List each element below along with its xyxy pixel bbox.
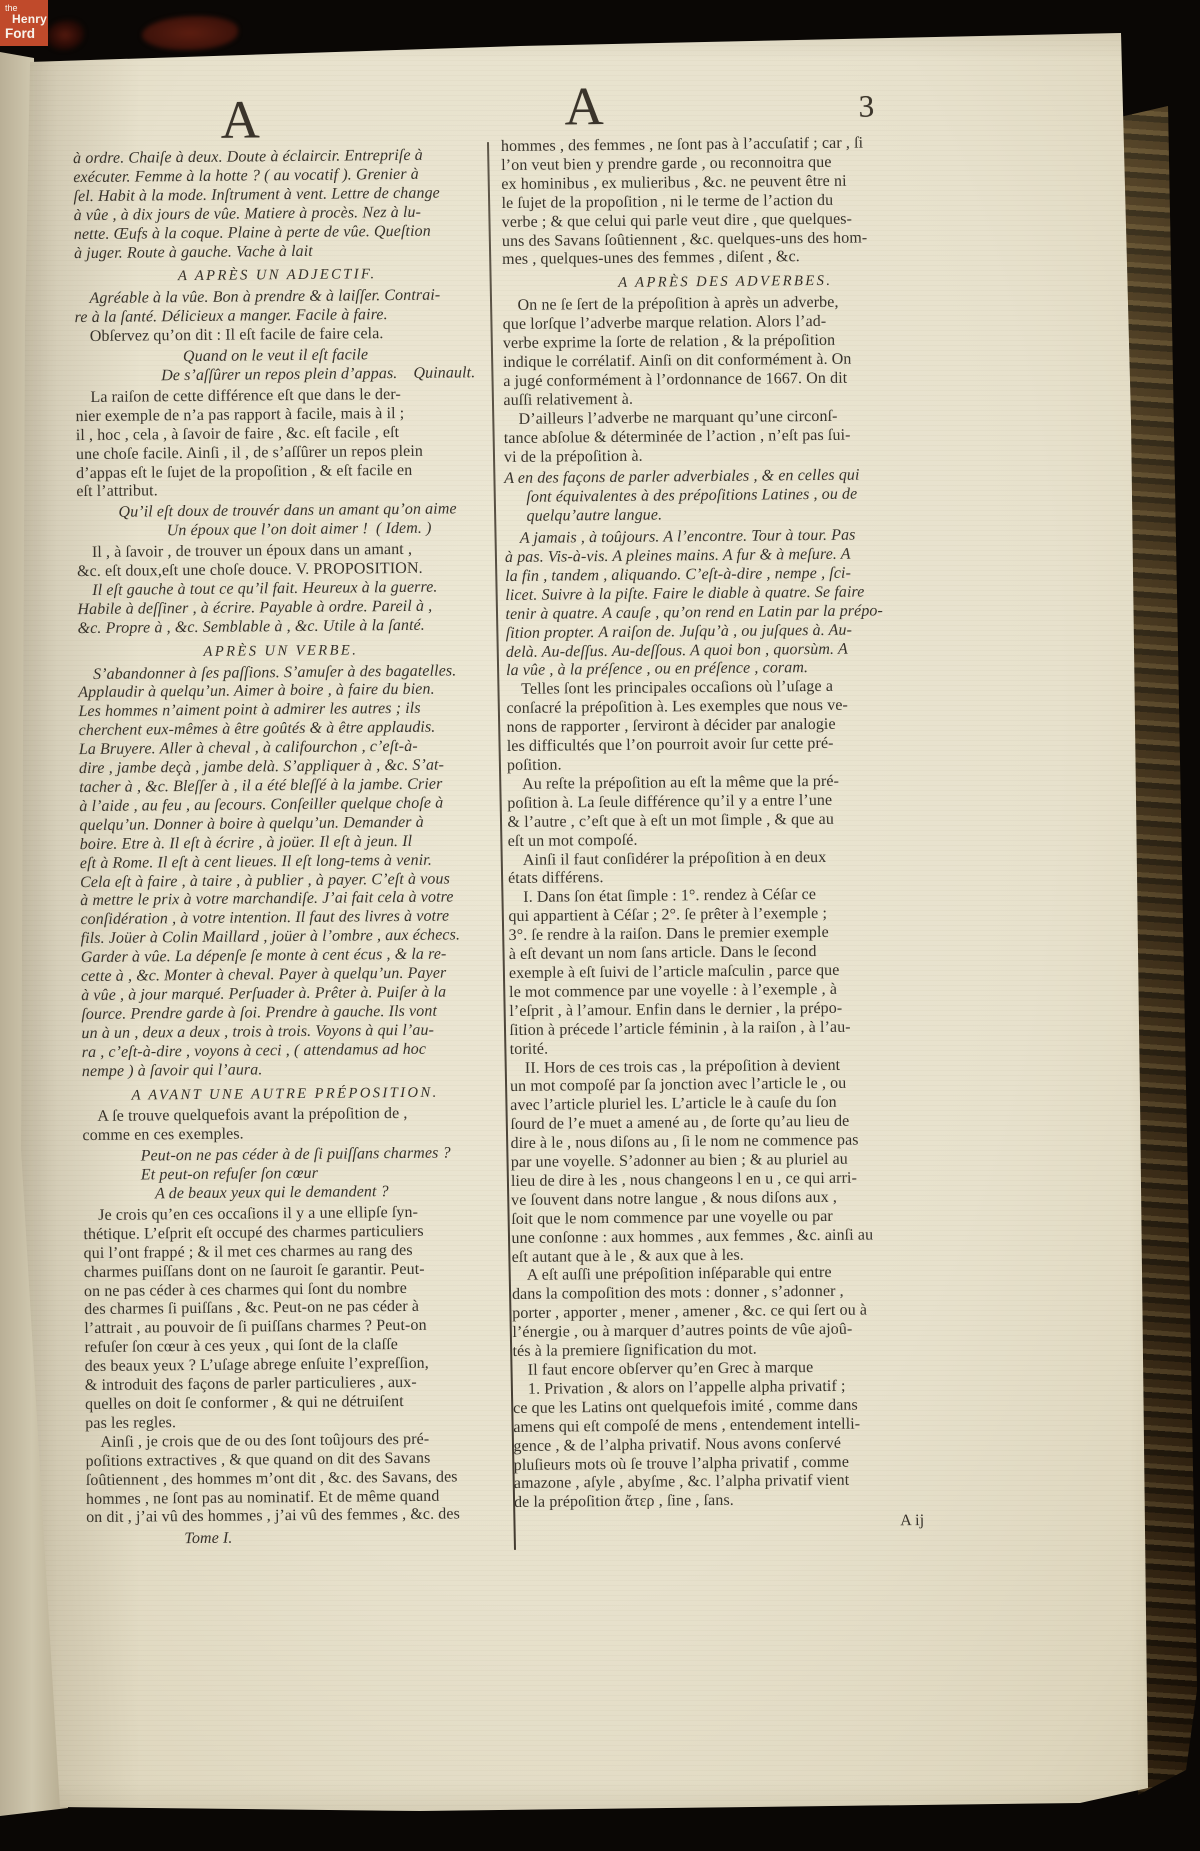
text-line: comme en ces exemples. xyxy=(82,1123,488,1146)
text-block: A jamais , à toûjours. A l’encontre. Tou… xyxy=(505,526,952,682)
text-block: A en des façons de parler adverbiales , … xyxy=(504,466,951,527)
printed-page-content: A A 3 à ordre. Chaiſe à deux. Doute à éc… xyxy=(0,0,1200,1851)
text-line: nette. Œufs à la coque. Plaine à perte d… xyxy=(74,222,480,245)
text-line: A de beaux yeux qui le demandent ? xyxy=(141,1182,489,1204)
logo-word-ford: Ford xyxy=(5,26,35,41)
text-block: à ordre. Chaiſe à deux. Doute à éclairci… xyxy=(73,146,480,263)
text-block: II. Hors de ces trois cas , la prépoſiti… xyxy=(510,1055,958,1267)
text-block: Qu’il eſt doux de trouvér dans un amant … xyxy=(76,501,482,543)
text-block: Ainſi il faut conſidérer la prépoſition … xyxy=(508,847,954,889)
text-block: Agréable à la vûe. Bon à prendre & à lai… xyxy=(74,287,480,329)
text-block: Quand on le veut il eſt facileDe s’aſſûr… xyxy=(75,345,481,387)
text-block: A ſe trouve quelquefois avant la prépoſi… xyxy=(82,1105,488,1147)
text-line: Un époux que l’on doit aimer ! ( Idem. ) xyxy=(119,519,483,541)
text-line: eſt l’attribut. xyxy=(76,480,482,503)
section-heading: A APRÈS UN ADJECTIF. xyxy=(74,265,480,288)
section-heading: A APRÈS DES ADVERBES. xyxy=(502,271,948,294)
text-block: La raiſon de cette différence eſt que da… xyxy=(75,385,482,502)
logo-word-henry: Henry xyxy=(12,12,47,26)
henry-ford-watermark: the Henry Ford xyxy=(0,0,48,46)
text-line: De s’aſſûrer un repos plein d’appas. Qui… xyxy=(161,364,481,386)
text-block: Il eſt gauche à tout ce qu’il fait. Heur… xyxy=(77,578,484,639)
text-block: S’abandonner à ſes paſſions. S’amuſer à … xyxy=(78,662,488,1082)
text-block: Au reſte la prépoſition au eſt la même q… xyxy=(507,772,954,852)
text-block: Telles ſont les principales occaſions où… xyxy=(506,677,953,776)
text-block: Il , à ſavoir , de trouver un époux dans… xyxy=(77,540,483,582)
text-block: Obſervez qu’on dit : Il eſt facile de fa… xyxy=(75,324,481,347)
text-line: APRÈS UN VERBE. xyxy=(78,640,484,663)
page-number: 3 xyxy=(858,88,874,124)
text-line: de la prépoſition ἄτερ , ſine , ſans. xyxy=(514,1490,960,1513)
section-heading: APRÈS UN VERBE. xyxy=(78,640,484,663)
running-head-right: A xyxy=(564,79,604,133)
text-line: mes , quelques-unes des femmes , diſent … xyxy=(502,247,948,270)
running-head-left: A xyxy=(220,92,260,146)
text-block: Tome I. xyxy=(86,1527,492,1550)
text-line: A ij xyxy=(514,1512,924,1535)
text-block: On ne ſe ſert de la prépoſition à après … xyxy=(502,293,949,411)
text-line: &c. Propre à , &c. Semblable à , &c. Uti… xyxy=(78,616,484,639)
text-block: hommes , des femmes , ne ſont pas à l’ac… xyxy=(501,134,948,271)
text-block: 1. Privation , & alors on l’appelle alph… xyxy=(513,1377,960,1514)
text-line: on dit , j’ai vû des hommes , j’ai vû de… xyxy=(86,1506,492,1529)
text-column-right: hommes , des femmes , ne ſont pas à l’ac… xyxy=(501,134,960,1535)
text-line: Tome I. xyxy=(184,1527,492,1549)
text-line: nempe ) à ſavoir qui l’aura. xyxy=(82,1059,488,1082)
text-line: quelqu’autre langue. xyxy=(504,504,950,527)
text-line: Obſervez qu’on dit : Il eſt facile de fa… xyxy=(75,324,481,347)
text-block: Je crois qu’en ces occaſions il y a une … xyxy=(83,1203,491,1434)
photo-of-book-page: A A 3 à ordre. Chaiſe à deux. Doute à éc… xyxy=(0,0,1200,1851)
text-block: D’ailleurs l’adverbe ne marquant qu’une … xyxy=(504,406,951,467)
text-line: une choſe facile. Ainſi , il , de s’aſſû… xyxy=(76,442,482,465)
text-line: un à un , deux a deux , trois à trois. V… xyxy=(81,1021,487,1044)
text-line: Peut-on ne pas céder à de ſi puiſſans ch… xyxy=(141,1144,489,1166)
text-line: A APRÈS UN ADJECTIF. xyxy=(74,265,480,288)
text-line: A AVANT UNE AUTRE PRÉPOSITION. xyxy=(82,1083,488,1106)
text-block: A ij xyxy=(514,1512,960,1535)
text-block: Ainſi , je crois que de ou des ſont toûj… xyxy=(85,1430,492,1528)
text-line: à l’aide , au feu , au ſecours. Conſeill… xyxy=(79,794,485,817)
text-line: vi de la prépoſition à. xyxy=(504,444,950,467)
text-block: Peut-on ne pas céder à de ſi puiſſans ch… xyxy=(83,1144,490,1205)
text-line: à juger. Route à gauche. Vache à lait xyxy=(74,241,480,264)
section-heading: A AVANT UNE AUTRE PRÉPOSITION. xyxy=(82,1083,488,1106)
text-block: A eſt auſſi une prépoſition inſéparable … xyxy=(512,1263,959,1362)
text-line: A APRÈS DES ADVERBES. xyxy=(502,271,948,294)
text-block: I. Dans ſon état ſimple : 1°. rendez à C… xyxy=(508,885,956,1059)
text-column-left: à ordre. Chaiſe à deux. Doute à éclairci… xyxy=(73,146,492,1550)
